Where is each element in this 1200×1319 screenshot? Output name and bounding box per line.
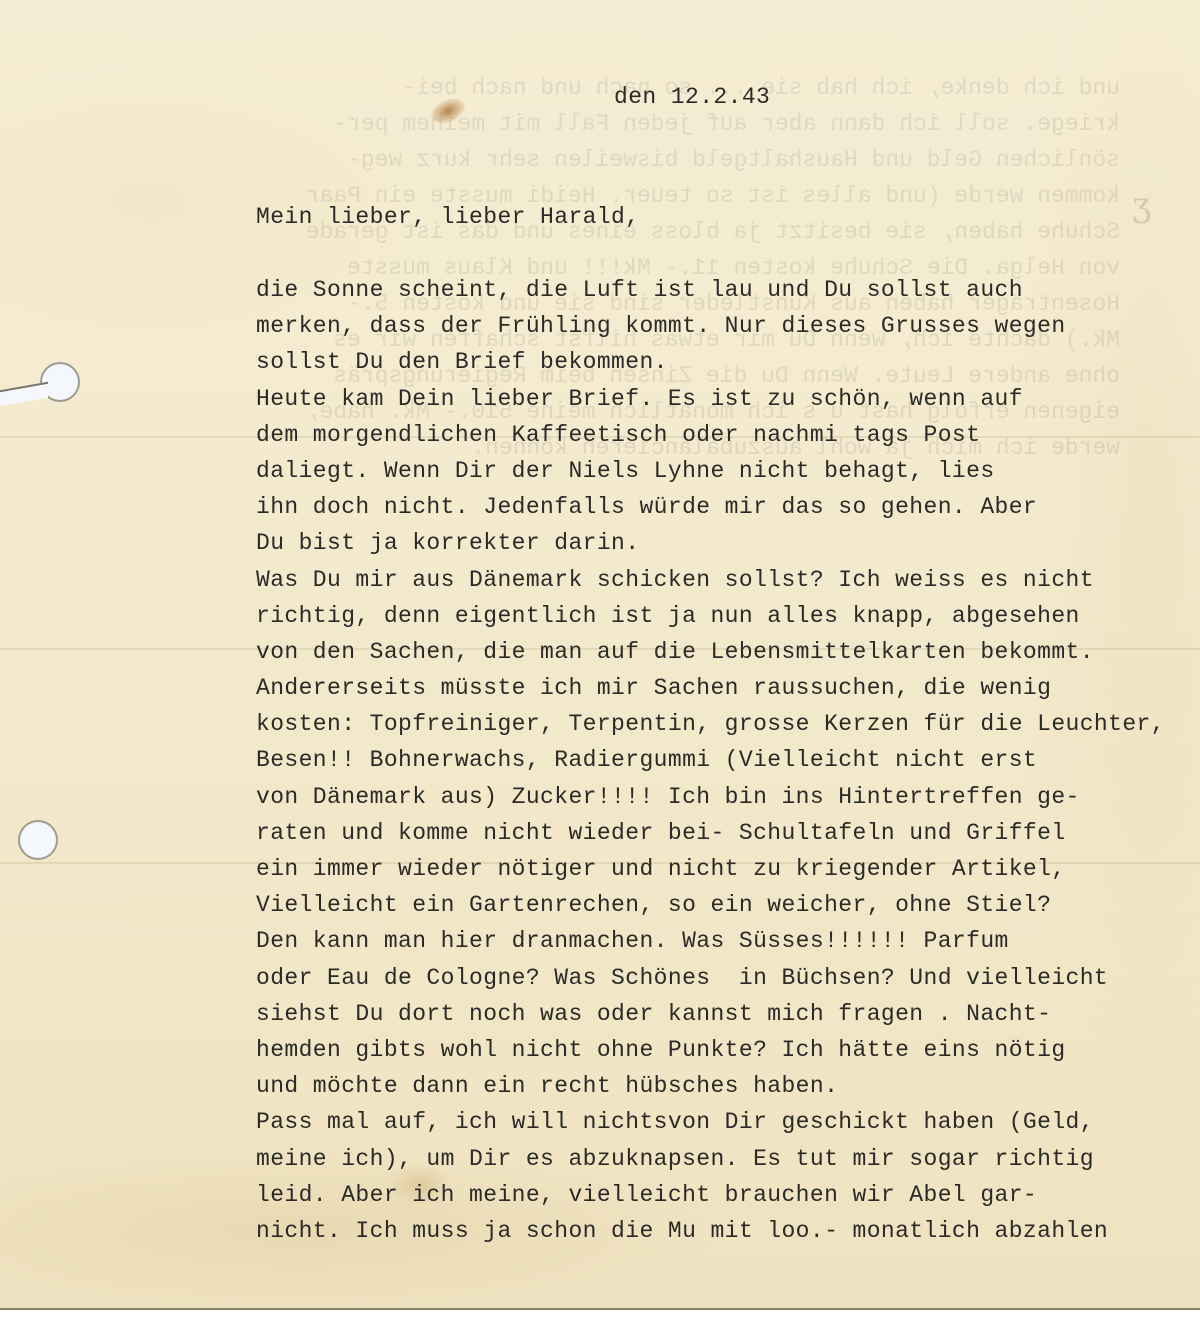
bleed-through-line: kriege. soll ich dann aber auf jeden Fal… [60, 106, 1120, 142]
punch-hole-bottom [18, 820, 58, 860]
letter-line: merken, dass der Frühling kommt. Nur die… [256, 312, 1165, 348]
letter-line: daliegt. Wenn Dir der Niels Lyhne nicht … [256, 457, 1165, 493]
letter-line: Besen!! Bohnerwachs, Radiergummi (Vielle… [256, 746, 1165, 782]
letter-line: raten und komme nicht wieder bei- Schult… [256, 819, 1165, 855]
letter-line: Vielleicht ein Gartenrechen, so ein weic… [256, 891, 1165, 927]
letter-line: von Dänemark aus) Zucker!!!! Ich bin ins… [256, 783, 1165, 819]
letter-line: dem morgendlichen Kaffeetisch oder nachm… [256, 421, 1165, 457]
letter-line: von den Sachen, die man auf die Lebensmi… [256, 638, 1165, 674]
letter-line: ein immer wieder nötiger und nicht zu kr… [256, 855, 1165, 891]
ink-stain [427, 93, 469, 128]
margin-pencil-mark: ʒ [1132, 185, 1154, 225]
letter-line: leid. Aber ich meine, vielleicht brauche… [256, 1181, 1165, 1217]
letter-salutation: Mein lieber, lieber Harald, [256, 204, 639, 230]
bleed-through-line: sönlichen Geld und Haushaltgeld bisweile… [60, 142, 1120, 178]
paper-tear [0, 382, 48, 406]
bleed-through-line: und ich denke, ich hab sie ... so nach u… [60, 70, 1120, 106]
letter-line: meine ich), um Dir es abzuknapsen. Es tu… [256, 1145, 1165, 1181]
letter-body: die Sonne scheint, die Luft ist lau und … [256, 276, 1165, 1253]
letter-line: Pass mal auf, ich will nichtsvon Dir ges… [256, 1108, 1165, 1144]
letter-line: richtig, denn eigentlich ist ja nun alle… [256, 602, 1165, 638]
letter-line: Den kann man hier dranmachen. Was Süsses… [256, 927, 1165, 963]
letter-line: nicht. Ich muss ja schon die Mu mit loo.… [256, 1217, 1165, 1253]
letter-line: sollst Du den Brief bekommen. [256, 348, 1165, 384]
letter-line: und möchte dann ein recht hübsches haben… [256, 1072, 1165, 1108]
letter-line: ihn doch nicht. Jedenfalls würde mir das… [256, 493, 1165, 529]
letter-line: oder Eau de Cologne? Was Schönes in Büch… [256, 964, 1165, 1000]
letter-line: hemden gibts wohl nicht ohne Punkte? Ich… [256, 1036, 1165, 1072]
letter-line: Was Du mir aus Dänemark schicken sollst?… [256, 566, 1165, 602]
letter-line: die Sonne scheint, die Luft ist lau und … [256, 276, 1165, 312]
letter-line: Du bist ja korrekter darin. [256, 529, 1165, 565]
letter-line: Andererseits müsste ich mir Sachen rauss… [256, 674, 1165, 710]
letter-line: Heute kam Dein lieber Brief. Es ist zu s… [256, 385, 1165, 421]
letter-date: den 12.2.43 [614, 84, 770, 110]
letter-line: siehst Du dort noch was oder kannst mich… [256, 1000, 1165, 1036]
letter-line: kosten: Topfreiniger, Terpentin, grosse … [256, 710, 1165, 746]
letter-page: und ich denke, ich hab sie ... so nach u… [0, 0, 1200, 1310]
